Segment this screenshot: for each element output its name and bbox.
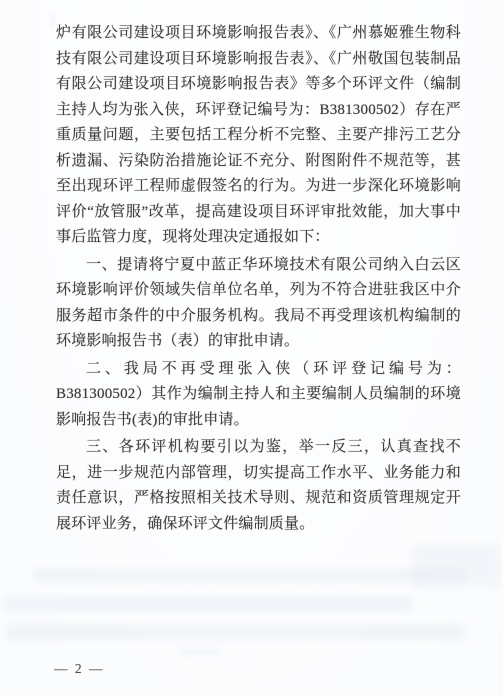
paper-sheet: 炉有限公司建设项目环境影响报告表》、《广州慕姬雅生物科技有限公司建设项目环境影响… bbox=[0, 0, 503, 695]
paragraph-continuation: 炉有限公司建设项目环境影响报告表》、《广州慕姬雅生物科技有限公司建设项目环境影响… bbox=[56, 21, 461, 251]
bleed-through-artifact bbox=[412, 545, 500, 587]
bleed-through-artifact bbox=[6, 624, 464, 640]
paragraph-item-1: 一、提请将宁夏中蓝正华环境技术有限公司纳入白云区环境影响评价领域失信单位名单，列… bbox=[56, 253, 461, 355]
page-number: — 2 — bbox=[54, 661, 105, 677]
document-page: { "document": { "paragraphs": [ { "text"… bbox=[0, 0, 503, 695]
bleed-through-artifact bbox=[4, 596, 412, 612]
scan-noise-speck bbox=[50, 14, 55, 28]
scanned-document-root: :root { --page-background: #fcfdfe; --te… bbox=[0, 0, 503, 695]
bleed-through-artifact bbox=[178, 648, 222, 656]
paragraph-item-2: 二、我局不再受理张入侠（环评登记编号为：B381300502）其作为编制主持人和… bbox=[56, 357, 461, 434]
bleed-through-artifact bbox=[34, 568, 466, 583]
document-body: 炉有限公司建设项目环境影响报告表》、《广州慕姬雅生物科技有限公司建设项目环境影响… bbox=[56, 21, 461, 537]
paragraph-item-3: 三、各环评机构要引以为鉴，举一反三，认真查找不足，进一步规范内部管理，切实提高工… bbox=[56, 435, 461, 537]
